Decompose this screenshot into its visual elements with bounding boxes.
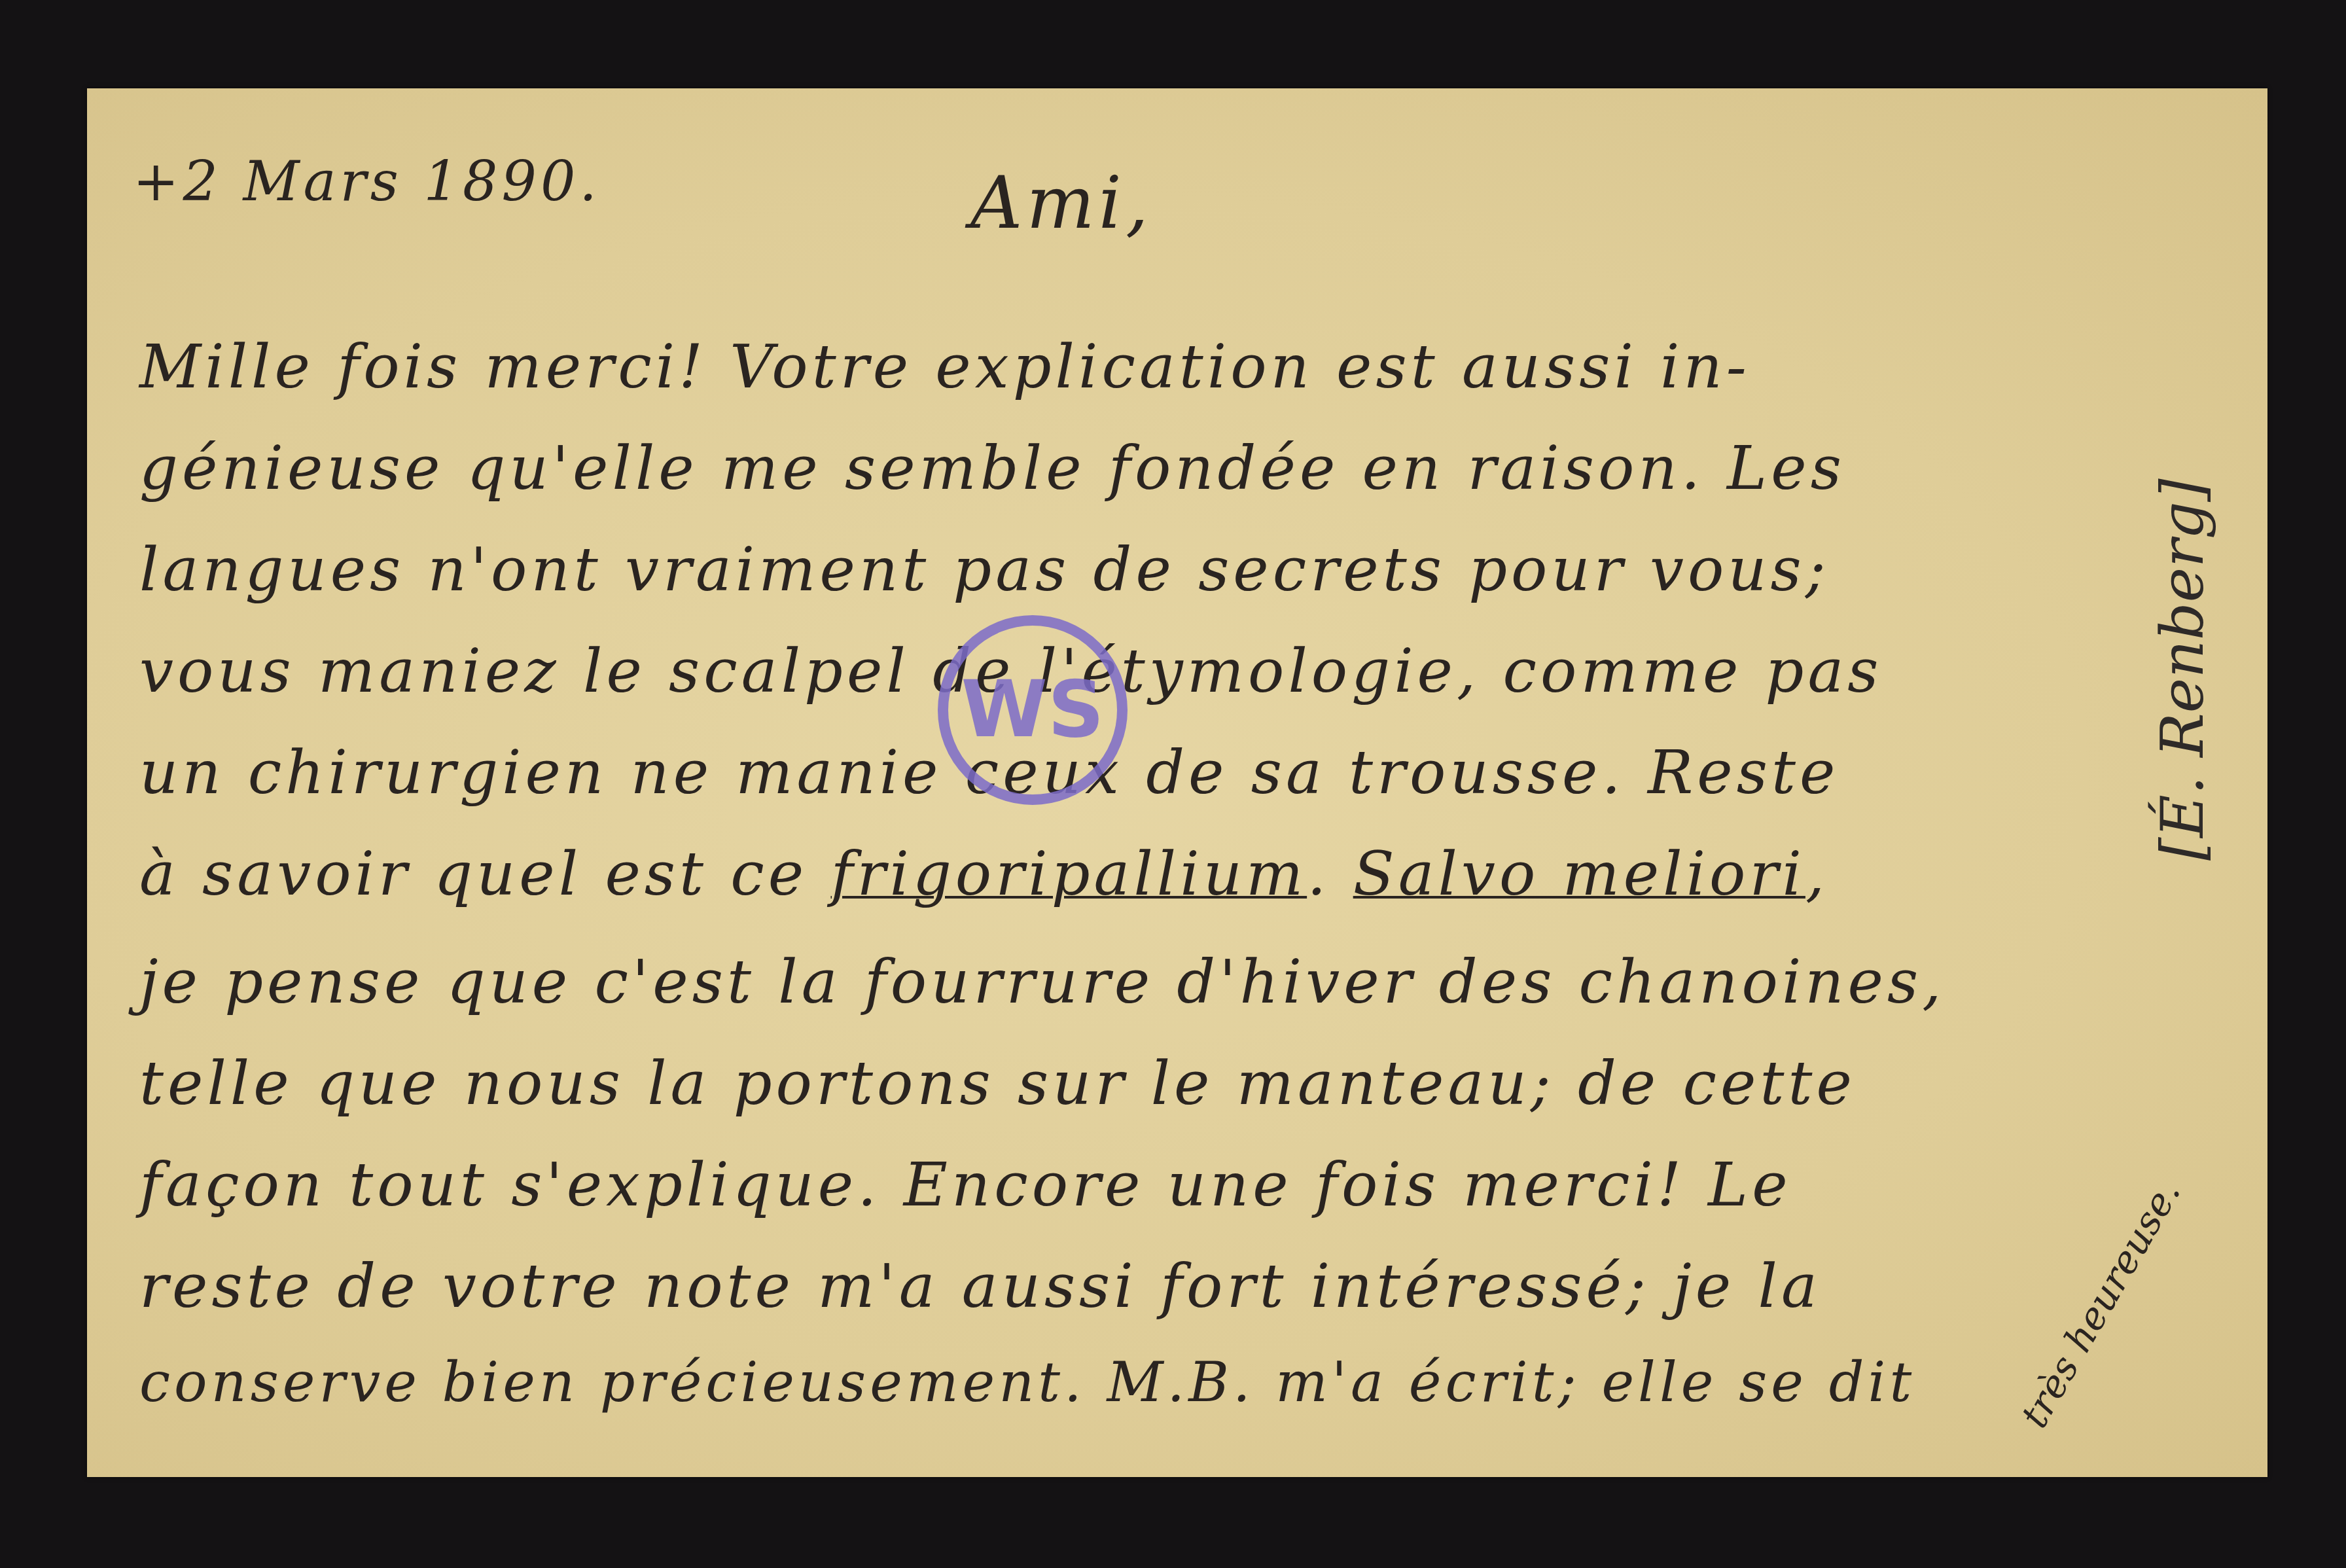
- letter-salutation: Ami,: [970, 167, 1152, 239]
- letter-line-7: je pense que c'est la fourrure d'hiver d…: [139, 952, 1945, 1012]
- postcard: +2 Mars 1890. Ami, Mille fois merci! Vot…: [87, 88, 2267, 1477]
- insertion-text: très heureuse.: [2012, 1172, 2189, 1435]
- collection-stamp: WS: [938, 615, 1128, 805]
- letter-line-8: telle que nous la portons sur le manteau…: [139, 1054, 1856, 1114]
- letter-line-2: génieuse qu'elle me semble fondée en rai…: [139, 438, 1845, 499]
- letter-line-6: à savoir quel est ce frigoripallium. Sal…: [139, 844, 1828, 904]
- term-salvo-meliori: Salvo meliori: [1353, 839, 1805, 909]
- letter-line-3: langues n'ont vraiment pas de secrets po…: [139, 540, 1830, 600]
- line6-before: à savoir quel est ce: [139, 839, 831, 909]
- stamp-monogram-icon: WS: [961, 671, 1105, 749]
- letter-line-11: conserve bien précieusement. M.B. m'a éc…: [139, 1355, 1915, 1410]
- margin-annotation: [É. Renberg]: [2148, 478, 2217, 861]
- line6-after: ,: [1805, 839, 1828, 909]
- letter-line-9: façon tout s'explique. Encore une fois m…: [139, 1155, 1792, 1215]
- term-frigoripallium: frigoripallium: [831, 839, 1307, 909]
- letter-date: +2 Mars 1890.: [133, 154, 601, 209]
- line6-middle: .: [1307, 839, 1353, 909]
- letter-line-1: Mille fois merci! Votre explication est …: [139, 337, 1751, 397]
- letter-line-10: reste de votre note m'a aussi fort intér…: [139, 1256, 1821, 1317]
